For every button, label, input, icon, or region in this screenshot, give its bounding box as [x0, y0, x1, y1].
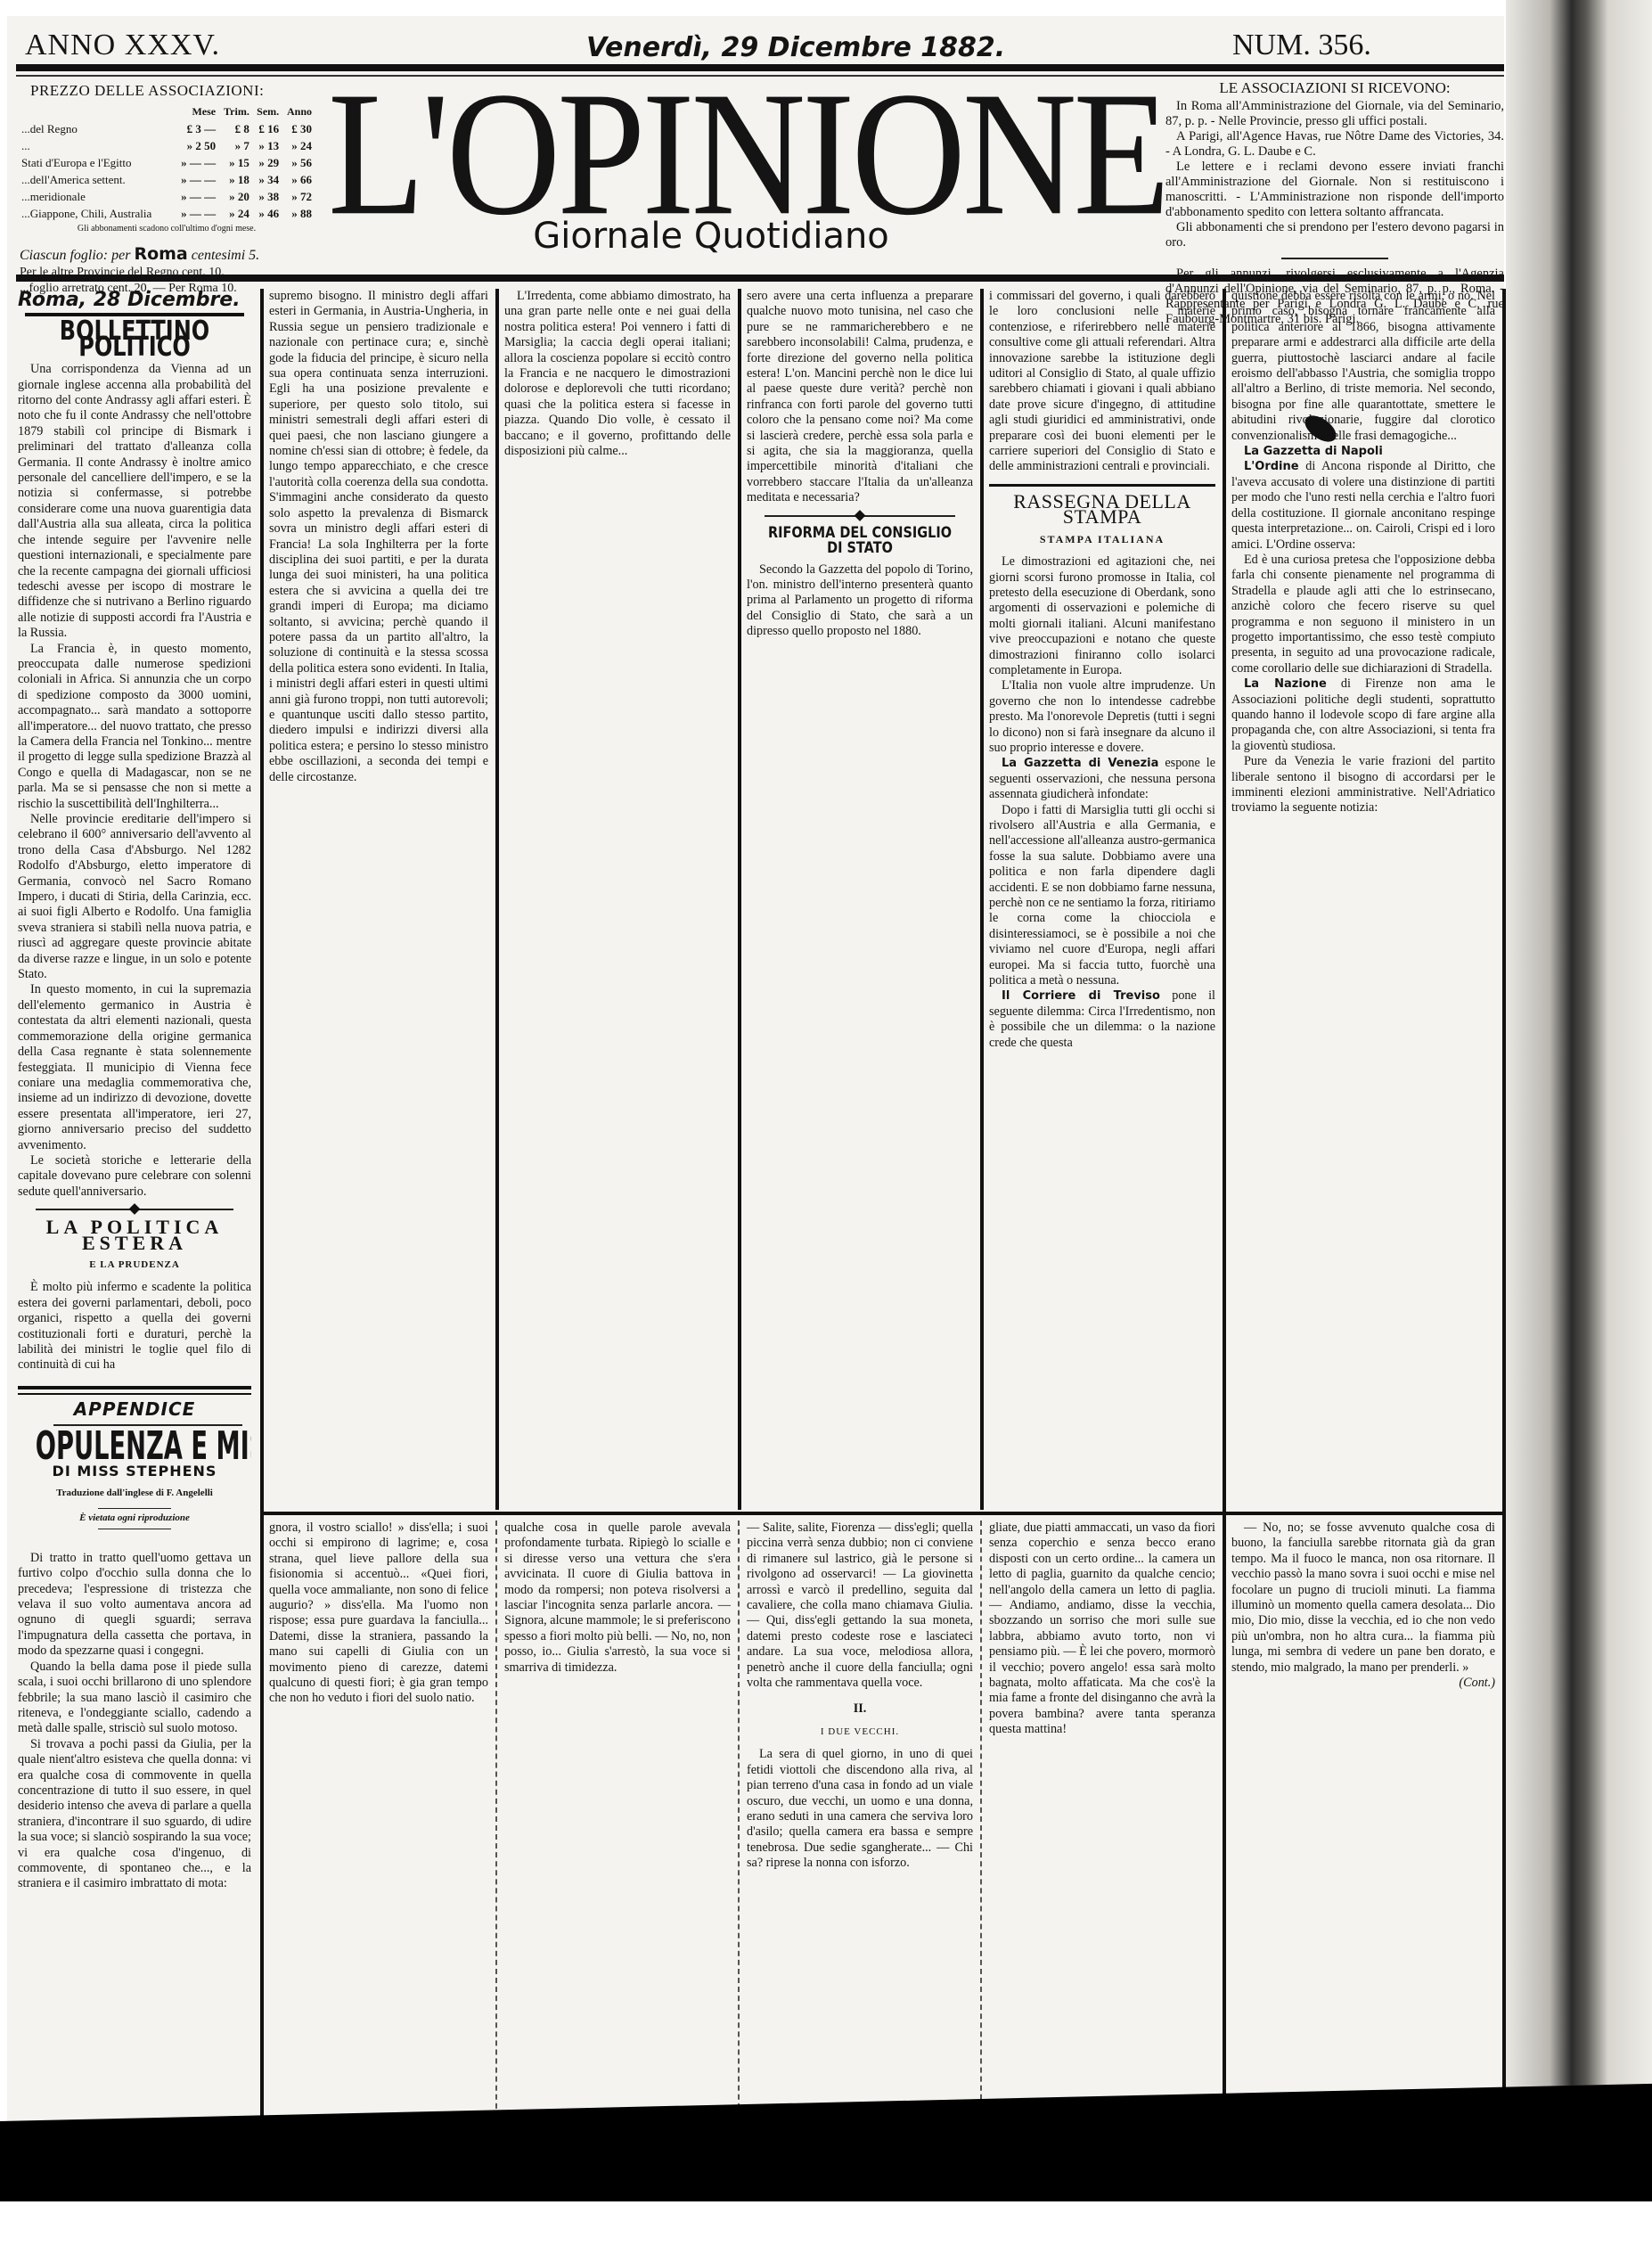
- prices-header-row: Mese Trim. Sem. Anno: [20, 103, 314, 120]
- volume-number: ANNO XXXV.: [25, 29, 220, 62]
- scan-margin: [0, 2201, 1652, 2246]
- subheadline-stampa: STAMPA ITALIANA: [989, 532, 1215, 547]
- rights-notice: È vietata ogni riproduzione: [18, 1511, 251, 1526]
- appendix-column-2: gnora, il vostro sciallo! » diss'ella; i…: [269, 1521, 488, 2135]
- dateline: Roma, 28 Dicembre.: [18, 292, 251, 307]
- price-row: ...meridionale» — —» 20» 38» 72: [20, 188, 314, 205]
- continued-marker: (Cont.): [1231, 1676, 1495, 1691]
- column-2: supremo bisogno. Il ministro degli affar…: [269, 289, 488, 1501]
- divider: [989, 484, 1215, 487]
- newspaper-name: La Nazione: [1244, 677, 1327, 691]
- headline-riforma: RIFORMA DEL CONSIGLIO DI STATO: [764, 526, 956, 557]
- prices-note: Gli abbonamenti scadono coll'ultimo d'og…: [20, 224, 314, 234]
- masthead-bottom-rule: [16, 275, 1504, 282]
- headline-bollettino: BOLLETTINO POLITICO: [41, 324, 228, 355]
- price-per-issue-roma: Ciascun foglio: per Roma centesimi 5.: [20, 244, 314, 264]
- price-row: ...del Regno£ 3 —£ 8£ 16£ 30: [20, 120, 314, 137]
- newspaper-subtitle: Giornale Quotidiano: [435, 216, 987, 257]
- price-row: ...» 2 50» 7» 13» 24: [20, 137, 314, 154]
- subheadline: E LA PRUDENZA: [18, 1258, 251, 1273]
- page-binding-edge: [1506, 0, 1652, 2246]
- column-4: sero avere una certa influenza a prepara…: [747, 289, 973, 1501]
- divider: [18, 1393, 251, 1395]
- price-row: Stati d'Europa e l'Egitto» — —» 15» 29» …: [20, 154, 314, 171]
- chapter-title: I DUE VECCHI.: [747, 1725, 973, 1740]
- column-rule: [495, 289, 499, 1510]
- headline-politica-estera: LA POLITICA ESTERA: [18, 1219, 251, 1250]
- appendix-heading: APPENDICE: [18, 1402, 251, 1417]
- newspaper-name: Il Corriere di Treviso: [1002, 989, 1160, 1003]
- column-rule: [260, 289, 264, 2143]
- appendix-column-4: — Salite, salite, Fiorenza — diss'egli; …: [747, 1521, 973, 2135]
- column-6: quistione debba essere risolta con le ar…: [1231, 289, 1495, 1501]
- prices-heading: PREZZO DELLE ASSOCIAZIONI:: [30, 82, 314, 100]
- price-row: ...dell'America settent.» — —» 18» 34» 6…: [20, 171, 314, 188]
- newspaper-name: La Gazzetta di Venezia: [1002, 757, 1158, 770]
- column-3: L'Irredenta, come abbiamo dimostrato, ha…: [504, 289, 731, 1501]
- newspaper-title: L'OPINIONE: [328, 78, 1094, 228]
- column-5: i commissari del governo, i quali darebb…: [989, 289, 1215, 1501]
- divider: [36, 1209, 233, 1210]
- chapter-number: II.: [747, 1701, 973, 1717]
- column-rule: [1223, 289, 1226, 2143]
- column-1: Roma, 28 Dicembre. BOLLETTINO POLITICO U…: [18, 289, 251, 2143]
- column-rule: [980, 1521, 983, 2135]
- appendix-column-6: — No, no; se fosse avvenuto qualche cosa…: [1231, 1521, 1495, 2144]
- divider: [98, 1529, 171, 1529]
- divider: [1281, 258, 1388, 259]
- issue-number: NUM. 356.: [1232, 29, 1371, 62]
- appendix-column-3: qualche cosa in quelle parole avevala pr…: [504, 1521, 731, 2135]
- newspaper-name: L'Ordine: [1244, 460, 1299, 473]
- column-rule: [980, 289, 984, 1510]
- newspaper-page: ANNO XXXV. Venerdì, 29 Dicembre 1882. NU…: [7, 16, 1504, 2173]
- divider: [765, 515, 955, 517]
- price-row: ...Giappone, Chili, Australia» — —» 24» …: [20, 205, 314, 222]
- column-rule: [738, 1521, 740, 2135]
- newspaper-name: La Gazzetta di Napoli: [1244, 445, 1383, 458]
- novel-translator: Traduzione dall'inglese di F. Angelelli: [18, 1486, 251, 1501]
- headline-rassegna: RASSEGNA DELLA STAMPA: [989, 494, 1215, 525]
- divider: [98, 1508, 171, 1509]
- prices-table: Mese Trim. Sem. Anno ...del Regno£ 3 —£ …: [20, 103, 314, 222]
- subscription-info-heading: LE ASSOCIAZIONI SI RICEVONO:: [1165, 80, 1504, 95]
- columns-area: Roma, 28 Dicembre. BOLLETTINO POLITICO U…: [18, 289, 1502, 2143]
- subscription-prices: PREZZO DELLE ASSOCIAZIONI: Mese Trim. Se…: [20, 82, 314, 296]
- appendix-column-5: gliate, due piatti ammaccati, un vaso da…: [989, 1521, 1215, 2135]
- divider: [18, 1386, 251, 1389]
- column-rule: [738, 289, 741, 1510]
- fold-rule: [264, 1512, 1502, 1515]
- column-rule: [495, 1521, 498, 2135]
- novel-title: OPULENZA E MISERIA: [36, 1439, 251, 1454]
